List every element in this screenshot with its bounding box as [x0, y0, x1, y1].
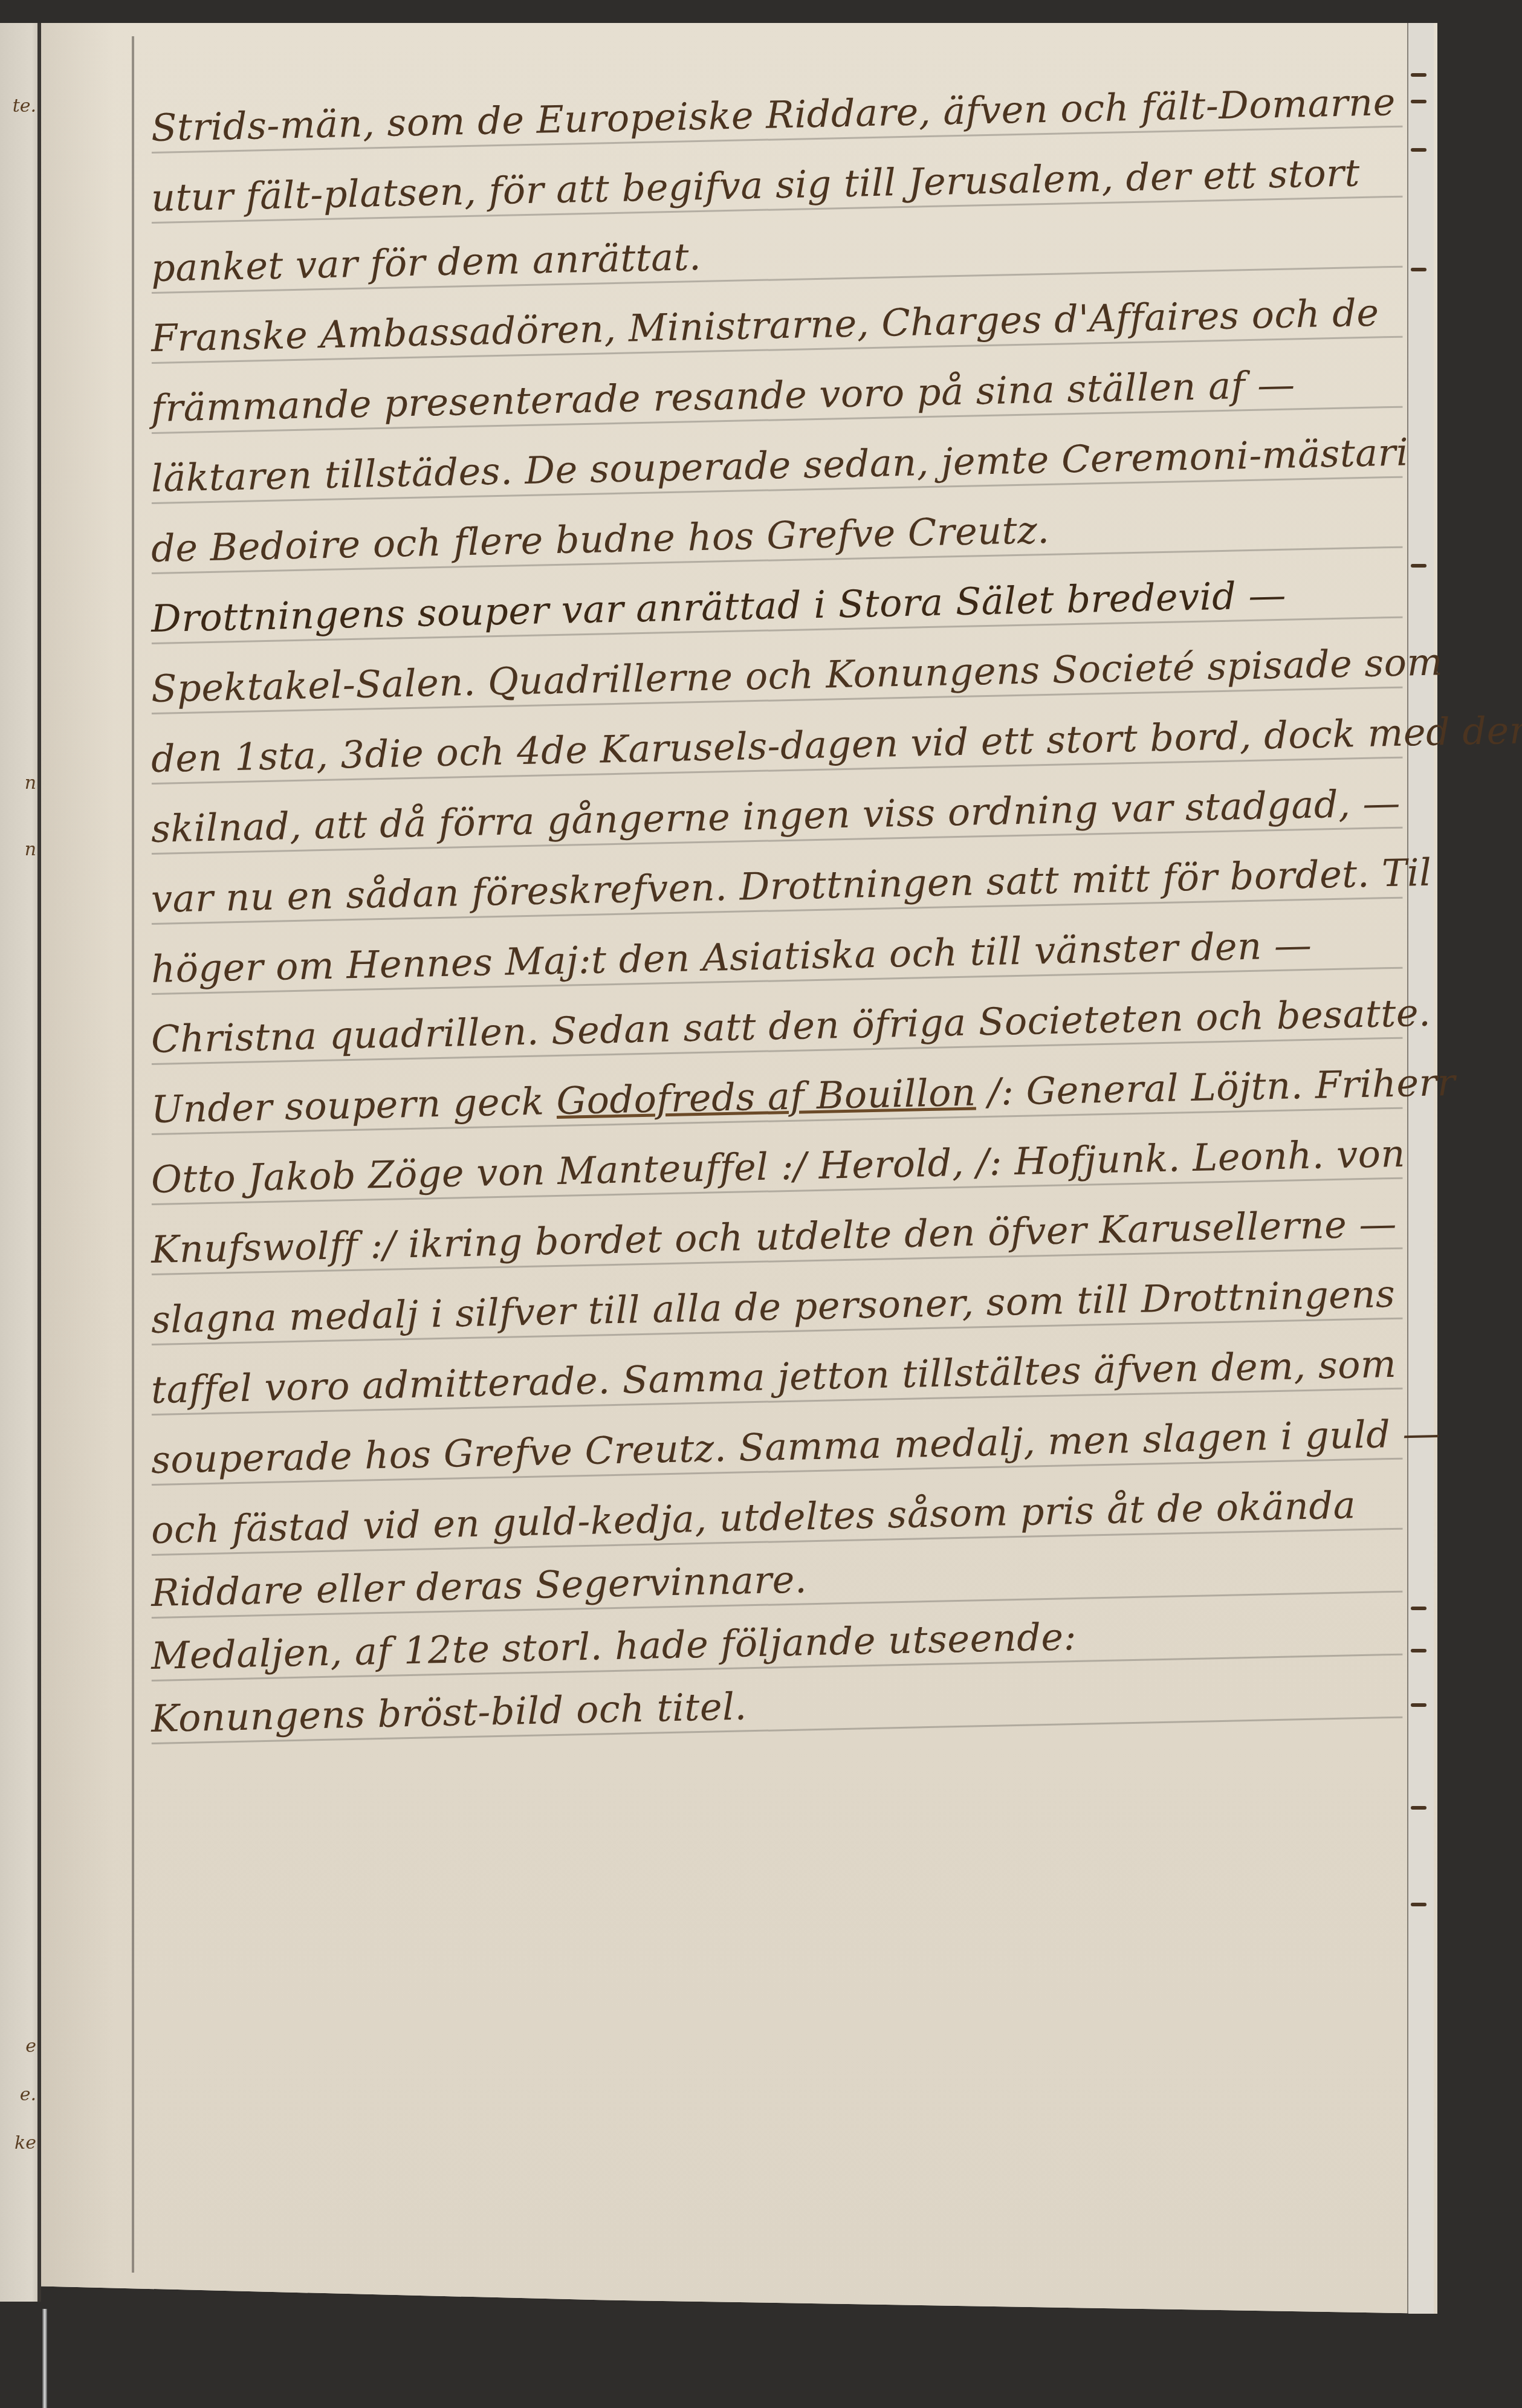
margin-fragment: e. — [0, 2084, 36, 2105]
previous-page-fragment: te. n n e e. ke — [0, 23, 40, 2302]
right-page-edge-strip — [1408, 23, 1434, 2314]
margin-fragment: n — [0, 839, 36, 860]
margin-fragment: n — [0, 772, 36, 794]
binding-gutter — [37, 23, 41, 2302]
manuscript-text: Strids-män, som de Europeiske Riddare, ä… — [151, 91, 1402, 1752]
margin-fragment: te. — [0, 95, 36, 117]
underlined-name: Godofreds af Bouillon — [556, 1070, 976, 1123]
margin-fragment: ke — [0, 2132, 36, 2154]
left-margin-rule — [132, 36, 134, 2273]
binding-strip — [42, 2309, 47, 2408]
margin-fragment: e — [0, 2036, 36, 2057]
